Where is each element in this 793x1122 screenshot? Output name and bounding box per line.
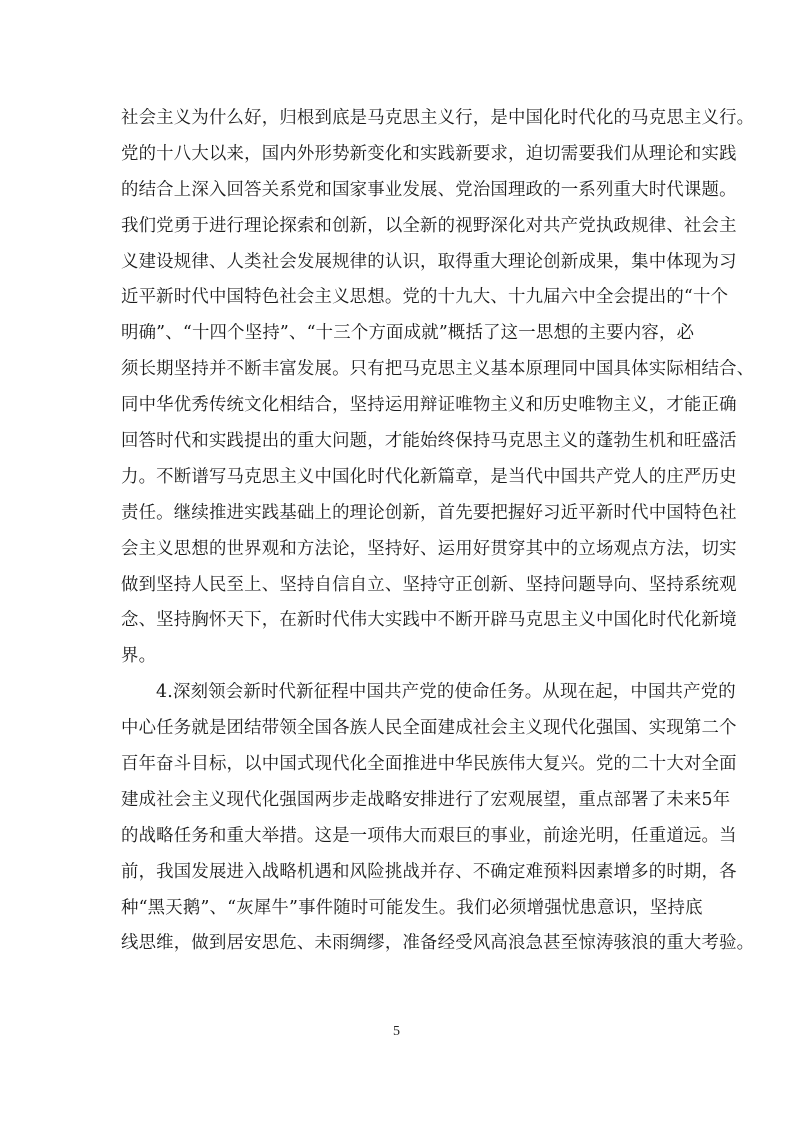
text-line: 念、坚持胸怀天下，在新时代伟大实践中不断开辟马克思主义中国化时代化新境 [121,603,673,639]
text-line: 近平新时代中国特色社会主义思想。党的十九大、十九届六中全会提出的“十个 [121,280,673,316]
text-line: 的结合上深入回答关系党和国家事业发展、党治国理政的一系列重大时代课题。 [121,173,673,209]
text-line: 线思维，做到居安思危、未雨绸缪，准备经受风高浪急甚至惊涛骇浪的重大考验。 [121,926,673,962]
text-line: 种“黑天鹅”、“灰犀牛”事件随时可能发生。我们必须增强忧患意识，坚持底 [121,891,673,927]
paragraph-1: 社会主义为什么好，归根到底是马克思主义行，是中国化时代化的马克思主义行。 党的十… [121,101,673,675]
text-line: 回答时代和实践提出的重大问题，才能始终保持马克思主义的蓬勃生机和旺盛活 [121,424,673,460]
paragraph-2: 4.深刻领会新时代新征程中国共产党的使命任务。从现在起，中国共产党的 中心任务就… [121,675,673,962]
text-line: 义建设规律、人类社会发展规律的认识，取得重大理论创新成果，集中体现为习 [121,245,673,281]
body-text: 社会主义为什么好，归根到底是马克思主义行，是中国化时代化的马克思主义行。 党的十… [121,101,673,962]
text-line: 会主义思想的世界观和方法论，坚持好、运用好贯穿其中的立场观点方法，切实 [121,532,673,568]
text-line: 建成社会主义现代化强国两步走战略安排进行了宏观展望，重点部署了未来5年 [121,783,673,819]
document-page: 社会主义为什么好，归根到底是马克思主义行，是中国化时代化的马克思主义行。 党的十… [0,0,793,1122]
text-line: 责任。继续推进实践基础上的理论创新，首先要把握好习近平新时代中国特色社 [121,496,673,532]
text-line: 百年奋斗目标，以中国式现代化全面推进中华民族伟大复兴。党的二十大对全面 [121,747,673,783]
text-line: 须长期坚持并不断丰富发展。只有把马克思主义基本原理同中国具体实际相结合、 [121,352,673,388]
text-line: 的战略任务和重大举措。这是一项伟大而艰巨的事业，前途光明，任重道远。当 [121,819,673,855]
text-line: 党的十八大以来，国内外形势新变化和实践新要求，迫切需要我们从理论和实践 [121,137,673,173]
text-line: 界。 [121,639,673,675]
text-line: 前，我国发展进入战略机遇和风险挑战并存、不确定难预料因素增多的时期，各 [121,855,673,891]
text-line: 明确”、“十四个坚持”、“十三个方面成就”概括了这一思想的主要内容，必 [121,316,673,352]
text-line: 社会主义为什么好，归根到底是马克思主义行，是中国化时代化的马克思主义行。 [121,101,673,137]
text-line: 做到坚持人民至上、坚持自信自立、坚持守正创新、坚持问题导向、坚持系统观 [121,568,673,604]
page-number: 5 [0,1024,793,1040]
text-line: 力。不断谱写马克思主义中国化时代化新篇章，是当代中国共产党人的庄严历史 [121,460,673,496]
text-line: 中心任务就是团结带领全国各族人民全面建成社会主义现代化强国、实现第二个 [121,711,673,747]
text-line: 我们党勇于进行理论探索和创新，以全新的视野深化对共产党执政规律、社会主 [121,209,673,245]
text-line: 4.深刻领会新时代新征程中国共产党的使命任务。从现在起，中国共产党的 [121,675,673,711]
text-line: 同中华优秀传统文化相结合，坚持运用辩证唯物主义和历史唯物主义，才能正确 [121,388,673,424]
